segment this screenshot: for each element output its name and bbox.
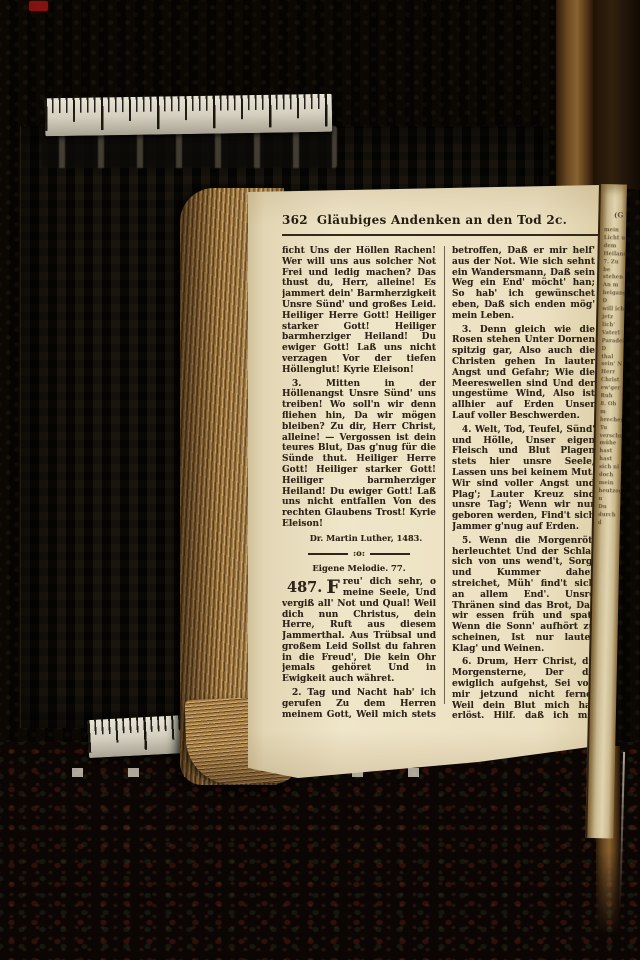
hymn-487: 487. F reu' dich sehr, o meine Seele, Un…	[282, 577, 436, 685]
attribution: Dr. Martin Luther, 1483.	[282, 533, 436, 544]
book-scan-photo: 362 Gläubiges Andenken an den Tod 2c. fi…	[0, 0, 640, 960]
edge-header-fragment: (G	[600, 184, 627, 228]
column-divider-rule	[444, 246, 445, 704]
verse-4: 4. Welt, Tod, Teufel, Sünd' und Hölle, U…	[452, 425, 595, 533]
dark-frame-edge	[593, 0, 640, 189]
edge-text-fragments: mein Licht u dem Heiland 7. Zu be stehen…	[594, 227, 626, 528]
divider-label: :o:	[353, 549, 365, 560]
red-marker	[29, 1, 48, 11]
right-column: betroffen, Daß er mir helf' aus der Not.…	[452, 246, 595, 718]
verse-6: 6. Drum, Herr Christ, du Morgensterne, D…	[452, 657, 595, 718]
section-divider: :o:	[282, 549, 436, 560]
verse-continuation: betroffen, Daß er mir helf' aus der Not.…	[452, 246, 595, 322]
drop-cap: F	[326, 577, 340, 597]
hymn-number: 487.	[287, 577, 322, 598]
divider-line	[370, 553, 410, 554]
melody-note: Eigene Melodie. 77.	[282, 563, 436, 574]
left-column: ficht Uns der Höllen Rachen! Wer will un…	[282, 246, 436, 718]
wood-frame-top-right	[556, 0, 595, 190]
page-header: 362 Gläubiges Andenken an den Tod 2c.	[282, 213, 602, 229]
verse-3: 3. Denn gleich wie die Rosen stehen Unte…	[452, 325, 595, 422]
verse-3: 3. Mitten in der Höllenangst Unsre Sünd'…	[282, 379, 436, 530]
verse-5: 5. Wenn die Morgenröt' herleuchtet Und d…	[452, 536, 595, 655]
hymn-verse-2: 2. Tag und Nacht hab' ich gerufen Zu dem…	[282, 688, 436, 718]
book-page: 362 Gläubiges Andenken an den Tod 2c. fi…	[238, 184, 604, 784]
top-ruler	[45, 94, 333, 137]
header-rule	[282, 234, 600, 236]
divider-line	[308, 553, 348, 554]
verse-continuation: ficht Uns der Höllen Rachen! Wer will un…	[282, 246, 436, 376]
running-title: Gläubiges Andenken an den Tod 2c.	[282, 213, 602, 227]
